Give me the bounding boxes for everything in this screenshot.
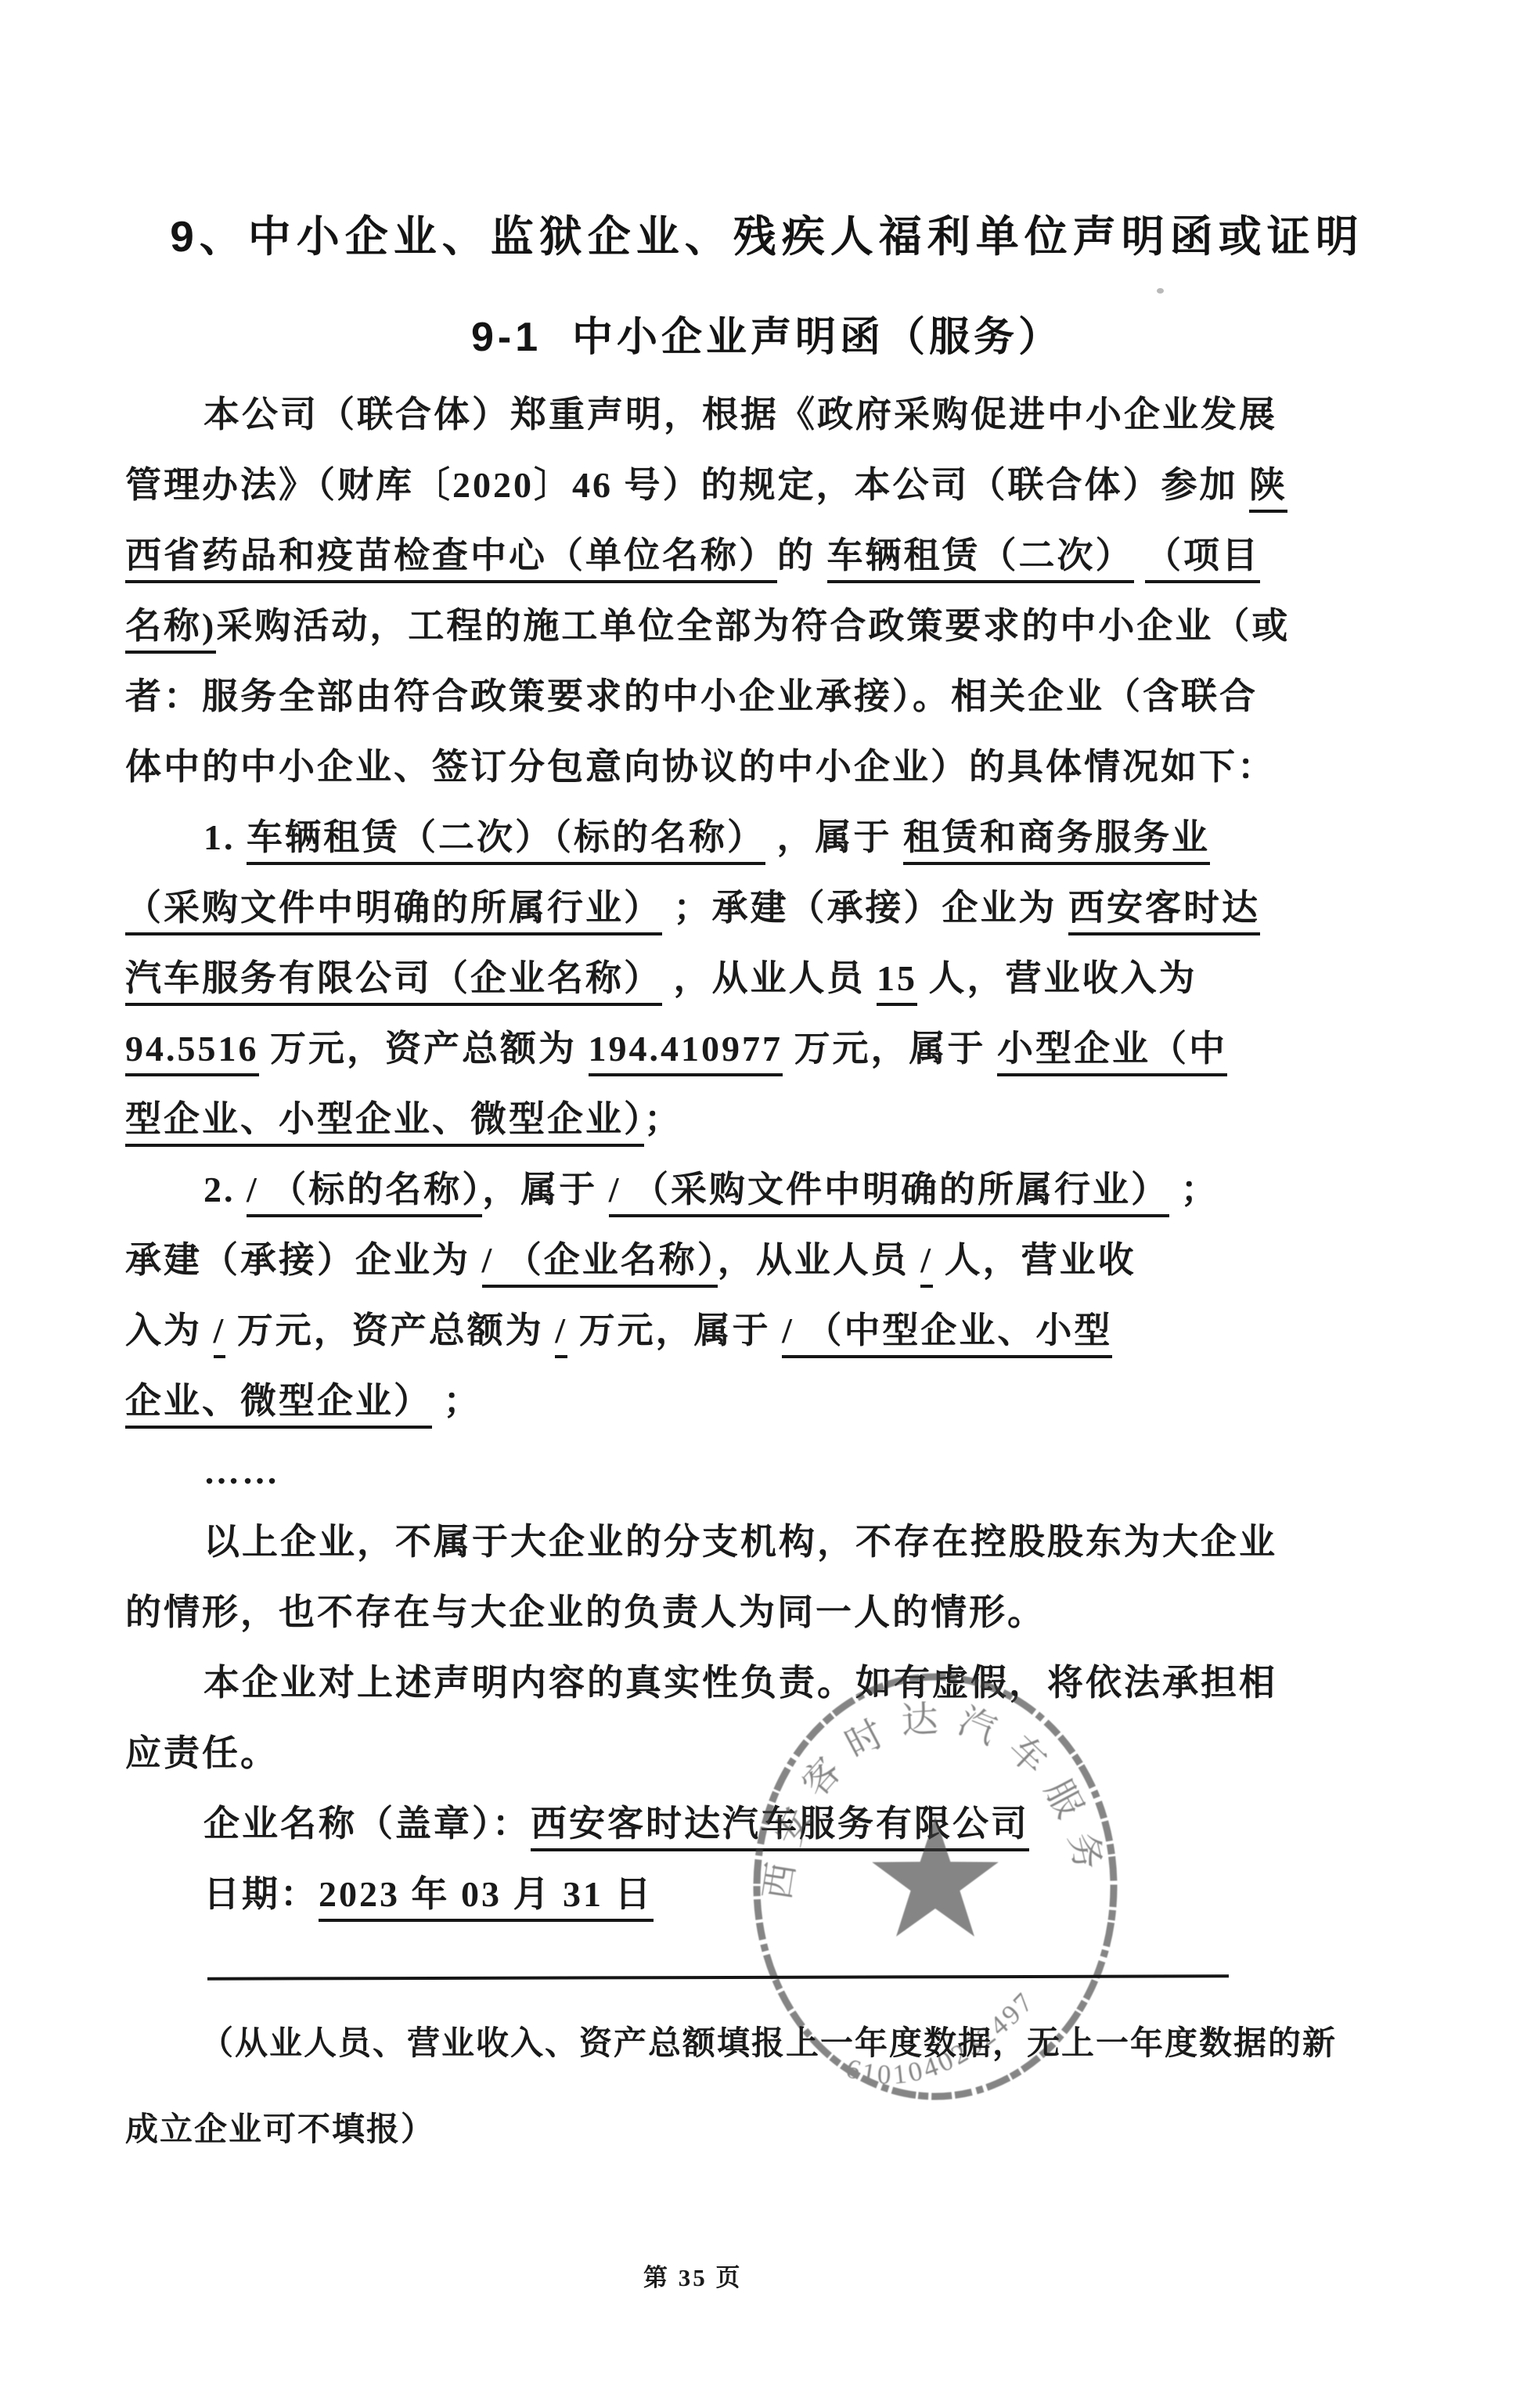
text-run: ； <box>432 1381 482 1421</box>
filled-blank: 小型企业（中 <box>997 1029 1227 1076</box>
text-run: 本公司（联合体）郑重声明，根据《政府采购促进中小企业发展 <box>203 395 1277 434</box>
filled-blank: / （企业名称） <box>482 1240 718 1288</box>
text-run: ；承建（承接）企业为 <box>662 888 1068 928</box>
filled-blank: / （标的名称） <box>247 1170 482 1217</box>
body-line: 体中的中小企业、签订分包意向协议的中小企业）的具体情况如下： <box>125 732 1346 802</box>
filled-blank: / <box>214 1310 226 1358</box>
text-run: 管理办法》（财库〔2020〕46 号）的规定，本公司（联合体）参加 <box>125 465 1249 505</box>
filled-blank: / （采购文件中明确的所属行业） <box>609 1170 1169 1217</box>
text-run: 者：服务全部由符合政策要求的中小企业承接）。相关企业（含联合 <box>125 676 1258 716</box>
text-run: 2. <box>203 1170 247 1209</box>
body-line: 1. 车辆租赁（二次）（标的名称） ，属于 租赁和商务服务业 <box>125 802 1346 873</box>
text-run: ，从业人员 <box>718 1240 921 1280</box>
filled-blank: 西安客时达 <box>1068 888 1260 935</box>
text-run: 体中的中小企业、签订分包意向协议的中小企业）的具体情况如下： <box>125 747 1276 787</box>
body-line: 应责任。 <box>125 1718 1346 1789</box>
text-run: …… <box>203 1451 280 1491</box>
filled-blank: 汽车服务有限公司（企业名称） <box>125 958 662 1006</box>
text-run: 人，营业收入为 <box>917 958 1197 998</box>
body-line: 型企业、小型企业、微型企业）； <box>125 1084 1346 1155</box>
text-run: 万元，属于 <box>567 1310 782 1350</box>
text-run: 万元，资产总额为 <box>259 1029 589 1069</box>
text-run: 入为 <box>125 1310 214 1350</box>
filled-blank: 租赁和商务服务业 <box>903 817 1210 865</box>
body-line: 以上企业，不属于大企业的分支机构，不存在控股股东为大企业 <box>125 1507 1346 1577</box>
filled-blank: （项目 <box>1145 535 1260 583</box>
filled-blank: 94.5516 <box>125 1029 259 1076</box>
body-line: 企业名称（盖章）：西安客时达汽车服务有限公司 <box>125 1789 1346 1859</box>
text-run: 本企业对上述声明内容的真实性负责。如有虚假，将依法承担相 <box>203 1663 1277 1703</box>
filled-blank: 型企业、小型企业、微型企业） <box>125 1099 644 1147</box>
body-line: 94.5516 万元，资产总额为 194.410977 万元，属于 小型企业（中 <box>125 1014 1346 1084</box>
body-line: …… <box>125 1437 1346 1507</box>
text-run: 企业名称（盖章）： <box>203 1804 531 1844</box>
filled-blank: 名称) <box>125 606 216 654</box>
subsection-title: 9-1 中小企业声明函（服务） <box>0 304 1534 362</box>
text-run: 万元，资产总额为 <box>225 1310 555 1350</box>
text-run: 承建（承接）企业为 <box>125 1240 482 1280</box>
body-line: 者：服务全部由符合政策要求的中小企业承接）。相关企业（含联合 <box>125 661 1346 732</box>
filled-blank: 西安客时达汽车服务有限公司 <box>531 1804 1029 1851</box>
body-line: 2. / （标的名称），属于 / （采购文件中明确的所属行业） ； <box>125 1155 1346 1225</box>
footnote-line: 成立企业可不填报） <box>125 2087 1393 2173</box>
filled-blank: 15 <box>877 958 917 1006</box>
footnote: （从业人员、营业收入、资产总额填报上一年度数据，无上一年度数据的新成立企业可不填… <box>125 2001 1393 2173</box>
filled-blank: 西省药品和疫苗检查中心（单位名称） <box>125 535 777 583</box>
text-run: 人，营业收 <box>933 1240 1136 1280</box>
body-line: 名称)采购活动，工程的施工单位全部为符合政策要求的中小企业（或 <box>125 591 1346 661</box>
filled-blank: 企业、微型企业） <box>125 1381 432 1429</box>
text-run: ； <box>644 1099 682 1139</box>
text-run <box>1134 535 1146 575</box>
filled-blank: / <box>920 1240 933 1288</box>
body-line: 本企业对上述声明内容的真实性负责。如有虚假，将依法承担相 <box>125 1648 1346 1718</box>
body-line: （采购文件中明确的所属行业） ；承建（承接）企业为 西安客时达 <box>125 873 1346 943</box>
declaration-body: 本公司（联合体）郑重声明，根据《政府采购促进中小企业发展管理办法》（财库〔202… <box>125 380 1346 1930</box>
body-line: 日期：2023 年 03 月 31 日 <box>125 1859 1346 1930</box>
text-run: 应责任。 <box>125 1733 279 1773</box>
text-run: 1. <box>203 817 247 857</box>
filled-blank: （采购文件中明确的所属行业） <box>125 888 662 935</box>
filled-blank: 车辆租赁（二次）（标的名称） <box>247 817 765 865</box>
section-title: 9、中小企业、监狱企业、残疾人福利单位声明函或证明 <box>0 202 1534 264</box>
body-line: 本公司（联合体）郑重声明，根据《政府采购促进中小企业发展 <box>125 380 1346 450</box>
text-run: 的情形，也不存在与大企业的负责人为同一人的情形。 <box>125 1592 1046 1632</box>
footnote-line: （从业人员、营业收入、资产总额填报上一年度数据，无上一年度数据的新 <box>125 2001 1393 2087</box>
filled-blank: 车辆租赁（二次） <box>827 535 1134 583</box>
text-run: 日期： <box>203 1874 319 1914</box>
body-line: 的情形，也不存在与大企业的负责人为同一人的情形。 <box>125 1577 1346 1648</box>
body-line: 西省药品和疫苗检查中心（单位名称）的 车辆租赁（二次） （项目 <box>125 521 1346 591</box>
body-line: 入为 / 万元，资产总额为 / 万元，属于 / （中型企业、小型 <box>125 1296 1346 1366</box>
filled-blank: 2023 年 03 月 31 日 <box>319 1874 654 1922</box>
text-run: ，从业人员 <box>662 958 877 998</box>
declaration-document-page: 9、中小企业、监狱企业、残疾人福利单位声明函或证明 9-1 中小企业声明函（服务… <box>0 0 1534 2408</box>
body-line: 企业、微型企业） ； <box>125 1366 1346 1437</box>
filled-blank: / （中型企业、小型 <box>782 1310 1112 1358</box>
text-run: 采购活动，工程的施工单位全部为符合政策要求的中小企业（或 <box>216 606 1290 646</box>
body-line: 管理办法》（财库〔2020〕46 号）的规定，本公司（联合体）参加 陕 <box>125 450 1346 521</box>
text-run: ； <box>1169 1170 1219 1209</box>
signature-divider-line <box>207 1974 1229 1980</box>
filled-blank: 陕 <box>1249 465 1287 513</box>
page-number: 第 35 页 <box>643 2258 743 2293</box>
text-run: 的 <box>777 535 827 575</box>
body-line: 承建（承接）企业为 / （企业名称），从业人员 / 人，营业收 <box>125 1225 1346 1296</box>
text-run: 万元，属于 <box>783 1029 997 1069</box>
text-run: ，属于 <box>765 817 903 857</box>
filled-blank: 194.410977 <box>589 1029 783 1076</box>
filled-blank: / <box>555 1310 567 1358</box>
text-run: 以上企业，不属于大企业的分支机构，不存在控股股东为大企业 <box>203 1522 1277 1562</box>
scan-artifact-dot <box>1157 288 1164 294</box>
body-line: 汽车服务有限公司（企业名称） ，从业人员 15 人，营业收入为 <box>125 943 1346 1014</box>
text-run: ，属于 <box>482 1170 609 1209</box>
